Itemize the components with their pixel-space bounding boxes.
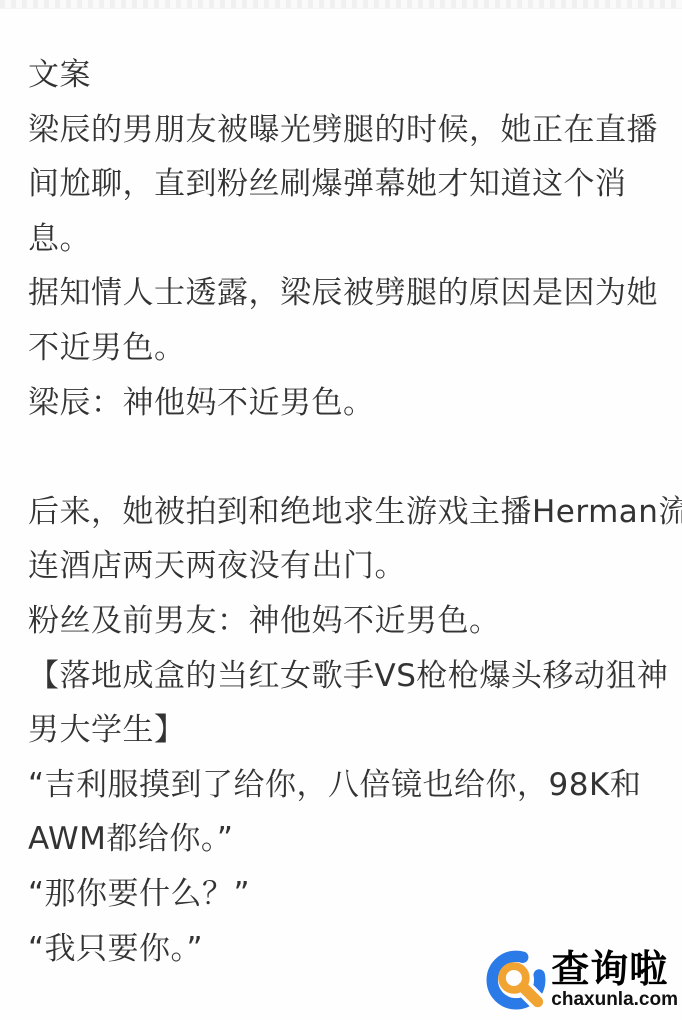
text-line: 【落地成盒的当红女歌手VS枪枪爆头移动狙神 xyxy=(28,649,672,704)
magnifier-icon xyxy=(486,948,548,1010)
text-line: 梁辰的男朋友被曝光劈腿的时候，她正在直播 xyxy=(28,103,672,158)
watermark: 查询啦 chaxunla.com xyxy=(486,948,678,1010)
page: 文案 梁辰的男朋友被曝光劈腿的时候，她正在直播 间尬聊，直到粉丝刷爆弹幕她才知道… xyxy=(0,0,682,1020)
text-line: 男大学生】 xyxy=(28,703,672,758)
text-body: 文案 梁辰的男朋友被曝光劈腿的时候，她正在直播 间尬聊，直到粉丝刷爆弹幕她才知道… xyxy=(28,48,672,976)
text-line: 据知情人士透露，梁辰被劈腿的原因是因为她 xyxy=(28,266,672,321)
text-line: 梁辰：神他妈不近男色。 xyxy=(28,376,672,431)
text-line: “吉利服摸到了给你，八倍镜也给你，98K和 xyxy=(28,758,672,813)
text-line: 间尬聊，直到粉丝刷爆弹幕她才知道这个消 xyxy=(28,157,672,212)
scan-artifact-band xyxy=(0,0,682,9)
text-line: “那你要什么？” xyxy=(28,867,672,922)
watermark-text: 查询啦 chaxunla.com xyxy=(551,948,678,1010)
text-line: 粉丝及前男友：神他妈不近男色。 xyxy=(28,594,672,649)
text-line: 后来，她被拍到和绝地求生游戏主播Herman流 xyxy=(28,485,672,540)
text-line: 文案 xyxy=(28,48,672,103)
watermark-domain: chaxunla.com xyxy=(551,990,678,1010)
text-line xyxy=(28,430,672,485)
text-line: AWM都给你。” xyxy=(28,812,672,867)
text-line: 不近男色。 xyxy=(28,321,672,376)
watermark-brand: 查询啦 xyxy=(551,948,668,990)
text-line: 连酒店两天两夜没有出门。 xyxy=(28,539,672,594)
text-line: 息。 xyxy=(28,212,672,267)
